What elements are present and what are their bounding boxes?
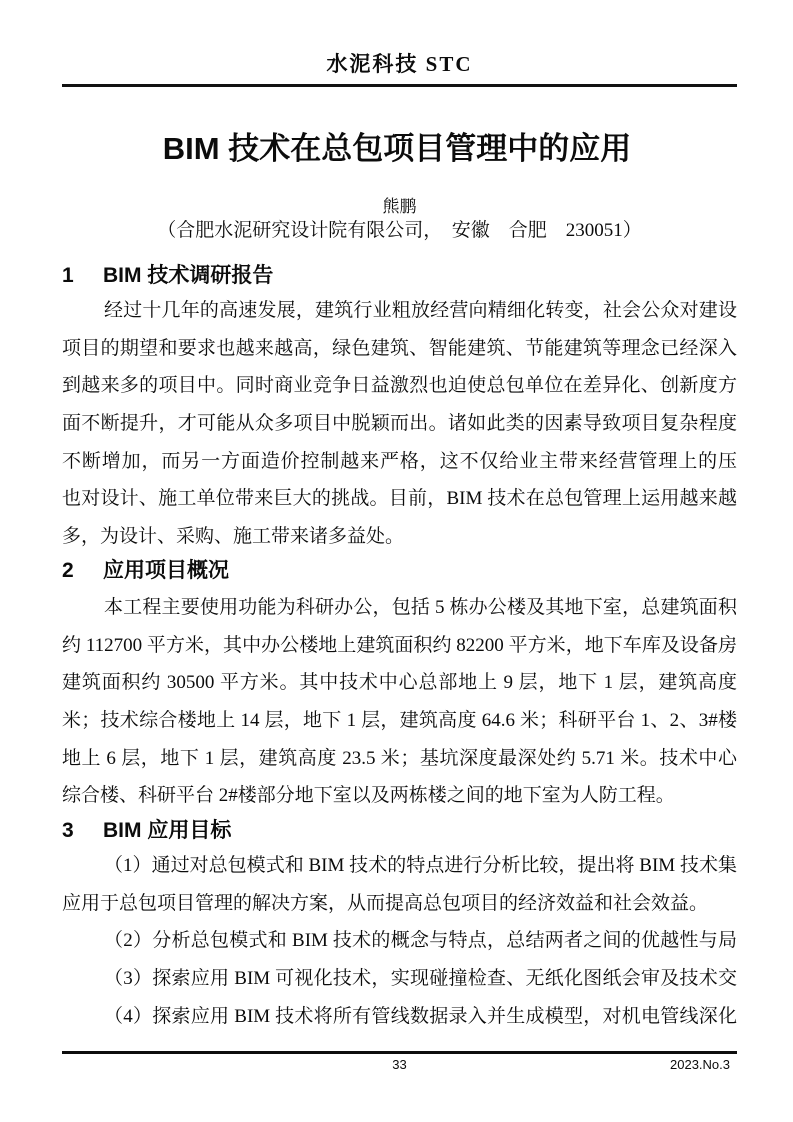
section-1-paragraph: 经过十几年的高速发展，建筑行业粗放经营向精细化转变，社会公众对建设 项目的期望和… [62,292,737,556]
section-title: BIM 技术调研报告 [103,264,273,287]
body-line: 到越来多的项目中。同时商业竞争日益激烈也迫使总包单位在差异化、创新度方 [62,367,737,405]
footer-rule [62,1051,737,1054]
section-heading-3: 3BIM 应用目标 [62,818,737,843]
section-number: 2 [62,558,103,583]
body-line: （3）探索应用 BIM 可视化技术，实现碰撞检查、无纸化图纸会审及技术交底； [62,960,737,998]
body-line: 米；技术综合楼地上 14 层，地下 1 层，建筑高度 64.6 米；科研平台 1… [62,702,737,740]
body-line: 地上 6 层，地下 1 层，建筑高度 23.5 米；基坑深度最深处约 5.71 … [62,740,737,778]
body-line: 应用于总包项目管理的解决方案，从而提高总包项目的经济效益和社会效益。 [62,885,737,923]
section-heading-1: 1BIM 技术调研报告 [62,263,737,288]
body-line: （1）通过对总包模式和 BIM 技术的特点进行分析比较，提出将 BIM 技术集成 [62,847,737,885]
section-2-paragraph: 本工程主要使用功能为科研办公，包括 5 栋办公楼及其地下室，总建筑面积 约 11… [62,589,737,815]
article-author: 熊鹏 [62,195,737,218]
header-rule [62,84,737,87]
section-3-paragraph: （1）通过对总包模式和 BIM 技术的特点进行分析比较，提出将 BIM 技术集成… [62,847,737,1035]
body-line: 综合楼、科研平台 2#楼部分地下室以及两栋楼之间的地下室为人防工程。 [62,777,737,815]
article-affiliation: （合肥水泥研究设计院有限公司， 安徽 合肥 230051） [62,218,737,244]
section-title: BIM 应用目标 [103,819,231,842]
section-heading-2: 2应用项目概况 [62,558,737,583]
body-line: 约 112700 平方米，其中办公楼地上建筑面积约 82200 平方米，地下车库… [62,627,737,665]
body-line: （2）分析总包模式和 BIM 技术的概念与特点，总结两者之间的优越性与局限性； [62,922,737,960]
section-number: 3 [62,818,103,843]
section-number: 1 [62,263,103,288]
body-line: 建筑面积约 30500 平方米。其中技术中心总部地上 9 层，地下 1 层，建筑… [62,664,737,702]
body-line: 经过十几年的高速发展，建筑行业粗放经营向精细化转变，社会公众对建设 [62,292,737,330]
body-line: 不断增加，而另一方面造价控制越来严格，这不仅给业主带来经营管理上的压力， [62,443,737,481]
body-line: 本工程主要使用功能为科研办公，包括 5 栋办公楼及其地下室，总建筑面积 [62,589,737,627]
body-line: 多，为设计、采购、施工带来诸多益处。 [62,518,737,556]
body-line: 面不断提升，才可能从众多项目中脱颖而出。诸如此类的因素导致项目复杂程度 [62,405,737,443]
body-line: 项目的期望和要求也越来越高，绿色建筑、智能建筑、节能建筑等理念已经深入 [62,330,737,368]
body-line: （4）探索应用 BIM 技术将所有管线数据录入并生成模型，对机电管线深化设 [62,998,737,1036]
section-title: 应用项目概况 [103,559,229,582]
issue-label: 2023.No.3 [62,1057,730,1072]
journal-masthead: 水泥科技 STC [62,48,737,78]
document-page: 水泥科技 STC BIM 技术在总包项目管理中的应用 熊鹏 （合肥水泥研究设计院… [0,0,793,1122]
body-line: 也对设计、施工单位带来巨大的挑战。目前，BIM 技术在总包管理上运用越来越 [62,480,737,518]
article-title: BIM 技术在总包项目管理中的应用 [42,128,752,170]
